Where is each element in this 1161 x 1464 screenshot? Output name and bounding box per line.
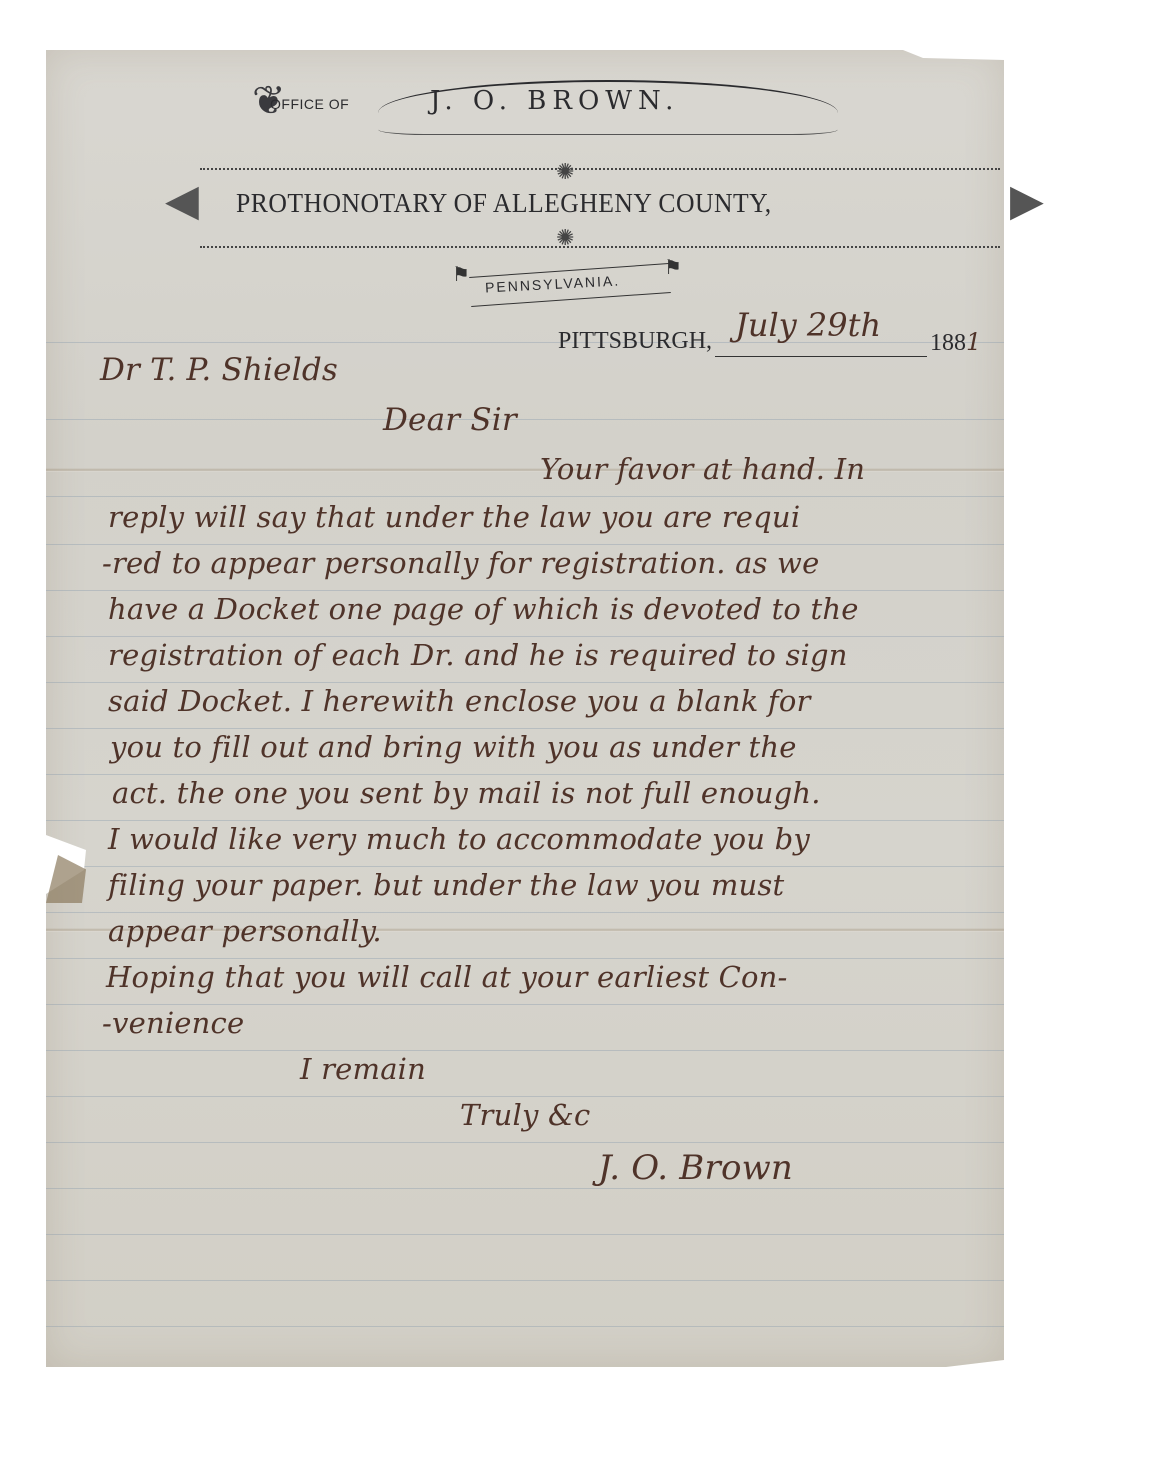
closing-remain: I remain (300, 1052, 426, 1086)
ruled-line (46, 1326, 1004, 1327)
body-line: registration of each Dr. and he is requi… (108, 638, 848, 672)
pennant-icon: ⚑ (452, 262, 470, 286)
ruled-line (46, 820, 1004, 821)
torn-notch (46, 855, 86, 903)
fan-ornament-icon: ▶ (1010, 175, 1044, 226)
ruled-line (46, 866, 1004, 867)
ruled-line (46, 1050, 1004, 1051)
body-line: you to fill out and bring with you as un… (110, 730, 797, 764)
body-line: Your favor at hand. In (540, 452, 865, 486)
year: 1881 (930, 328, 981, 357)
ruled-line (46, 636, 1004, 637)
ruled-line (46, 1004, 1004, 1005)
ruled-line (46, 1188, 1004, 1189)
closing-truly: Truly &c (460, 1098, 590, 1132)
place-label: PITTSBURGH, (558, 328, 712, 355)
ruled-line (46, 912, 1004, 913)
office-title: PROTHONOTARY OF ALLEGHENY COUNTY, (236, 188, 772, 219)
body-line: I would like very much to accommodate yo… (108, 822, 810, 856)
handwritten-year-digit: 1 (966, 328, 981, 356)
rosette-icon: ✺ (556, 226, 574, 251)
addressee: Dr T. P. Shields (100, 352, 338, 388)
body-line: act. the one you sent by mail is not ful… (112, 776, 821, 810)
fan-ornament-icon: ◀ (165, 175, 199, 226)
ruled-line (46, 544, 1004, 545)
ruled-line (46, 590, 1004, 591)
ruled-line (46, 1142, 1004, 1143)
rosette-icon: ✺ (556, 160, 574, 185)
ruled-line (46, 774, 1004, 775)
body-line: have a Docket one page of which is devot… (108, 592, 859, 626)
body-line: said Docket. I herewith enclose you a bl… (108, 684, 811, 718)
greeting: Dear Sir (383, 402, 517, 438)
ruled-line (46, 496, 1004, 497)
ruled-line (46, 682, 1004, 683)
date-underline (715, 356, 927, 357)
body-line: -red to appear personally for registrati… (102, 546, 819, 580)
office-of-label: OFFICE OF (270, 96, 349, 112)
ruled-line (46, 958, 1004, 959)
body-line: Hoping that you will call at your earlie… (106, 960, 788, 994)
body-line: -venience (102, 1006, 244, 1040)
pennant-icon: ⚑ (664, 255, 682, 279)
signature: J. O. Brown (598, 1148, 793, 1188)
handwritten-date: July 29th (735, 306, 881, 344)
office-holder-name: J. O. BROWN. (430, 86, 679, 116)
ruled-line (46, 728, 1004, 729)
body-line: filing your paper. but under the law you… (108, 868, 784, 902)
printed-year: 188 (930, 330, 966, 356)
ruled-line (46, 1280, 1004, 1281)
body-line: appear personally. (108, 914, 382, 948)
ruled-line (46, 1096, 1004, 1097)
body-line: reply will say that under the law you ar… (108, 500, 800, 534)
ruled-line (46, 1234, 1004, 1235)
ruled-line (46, 419, 1004, 420)
